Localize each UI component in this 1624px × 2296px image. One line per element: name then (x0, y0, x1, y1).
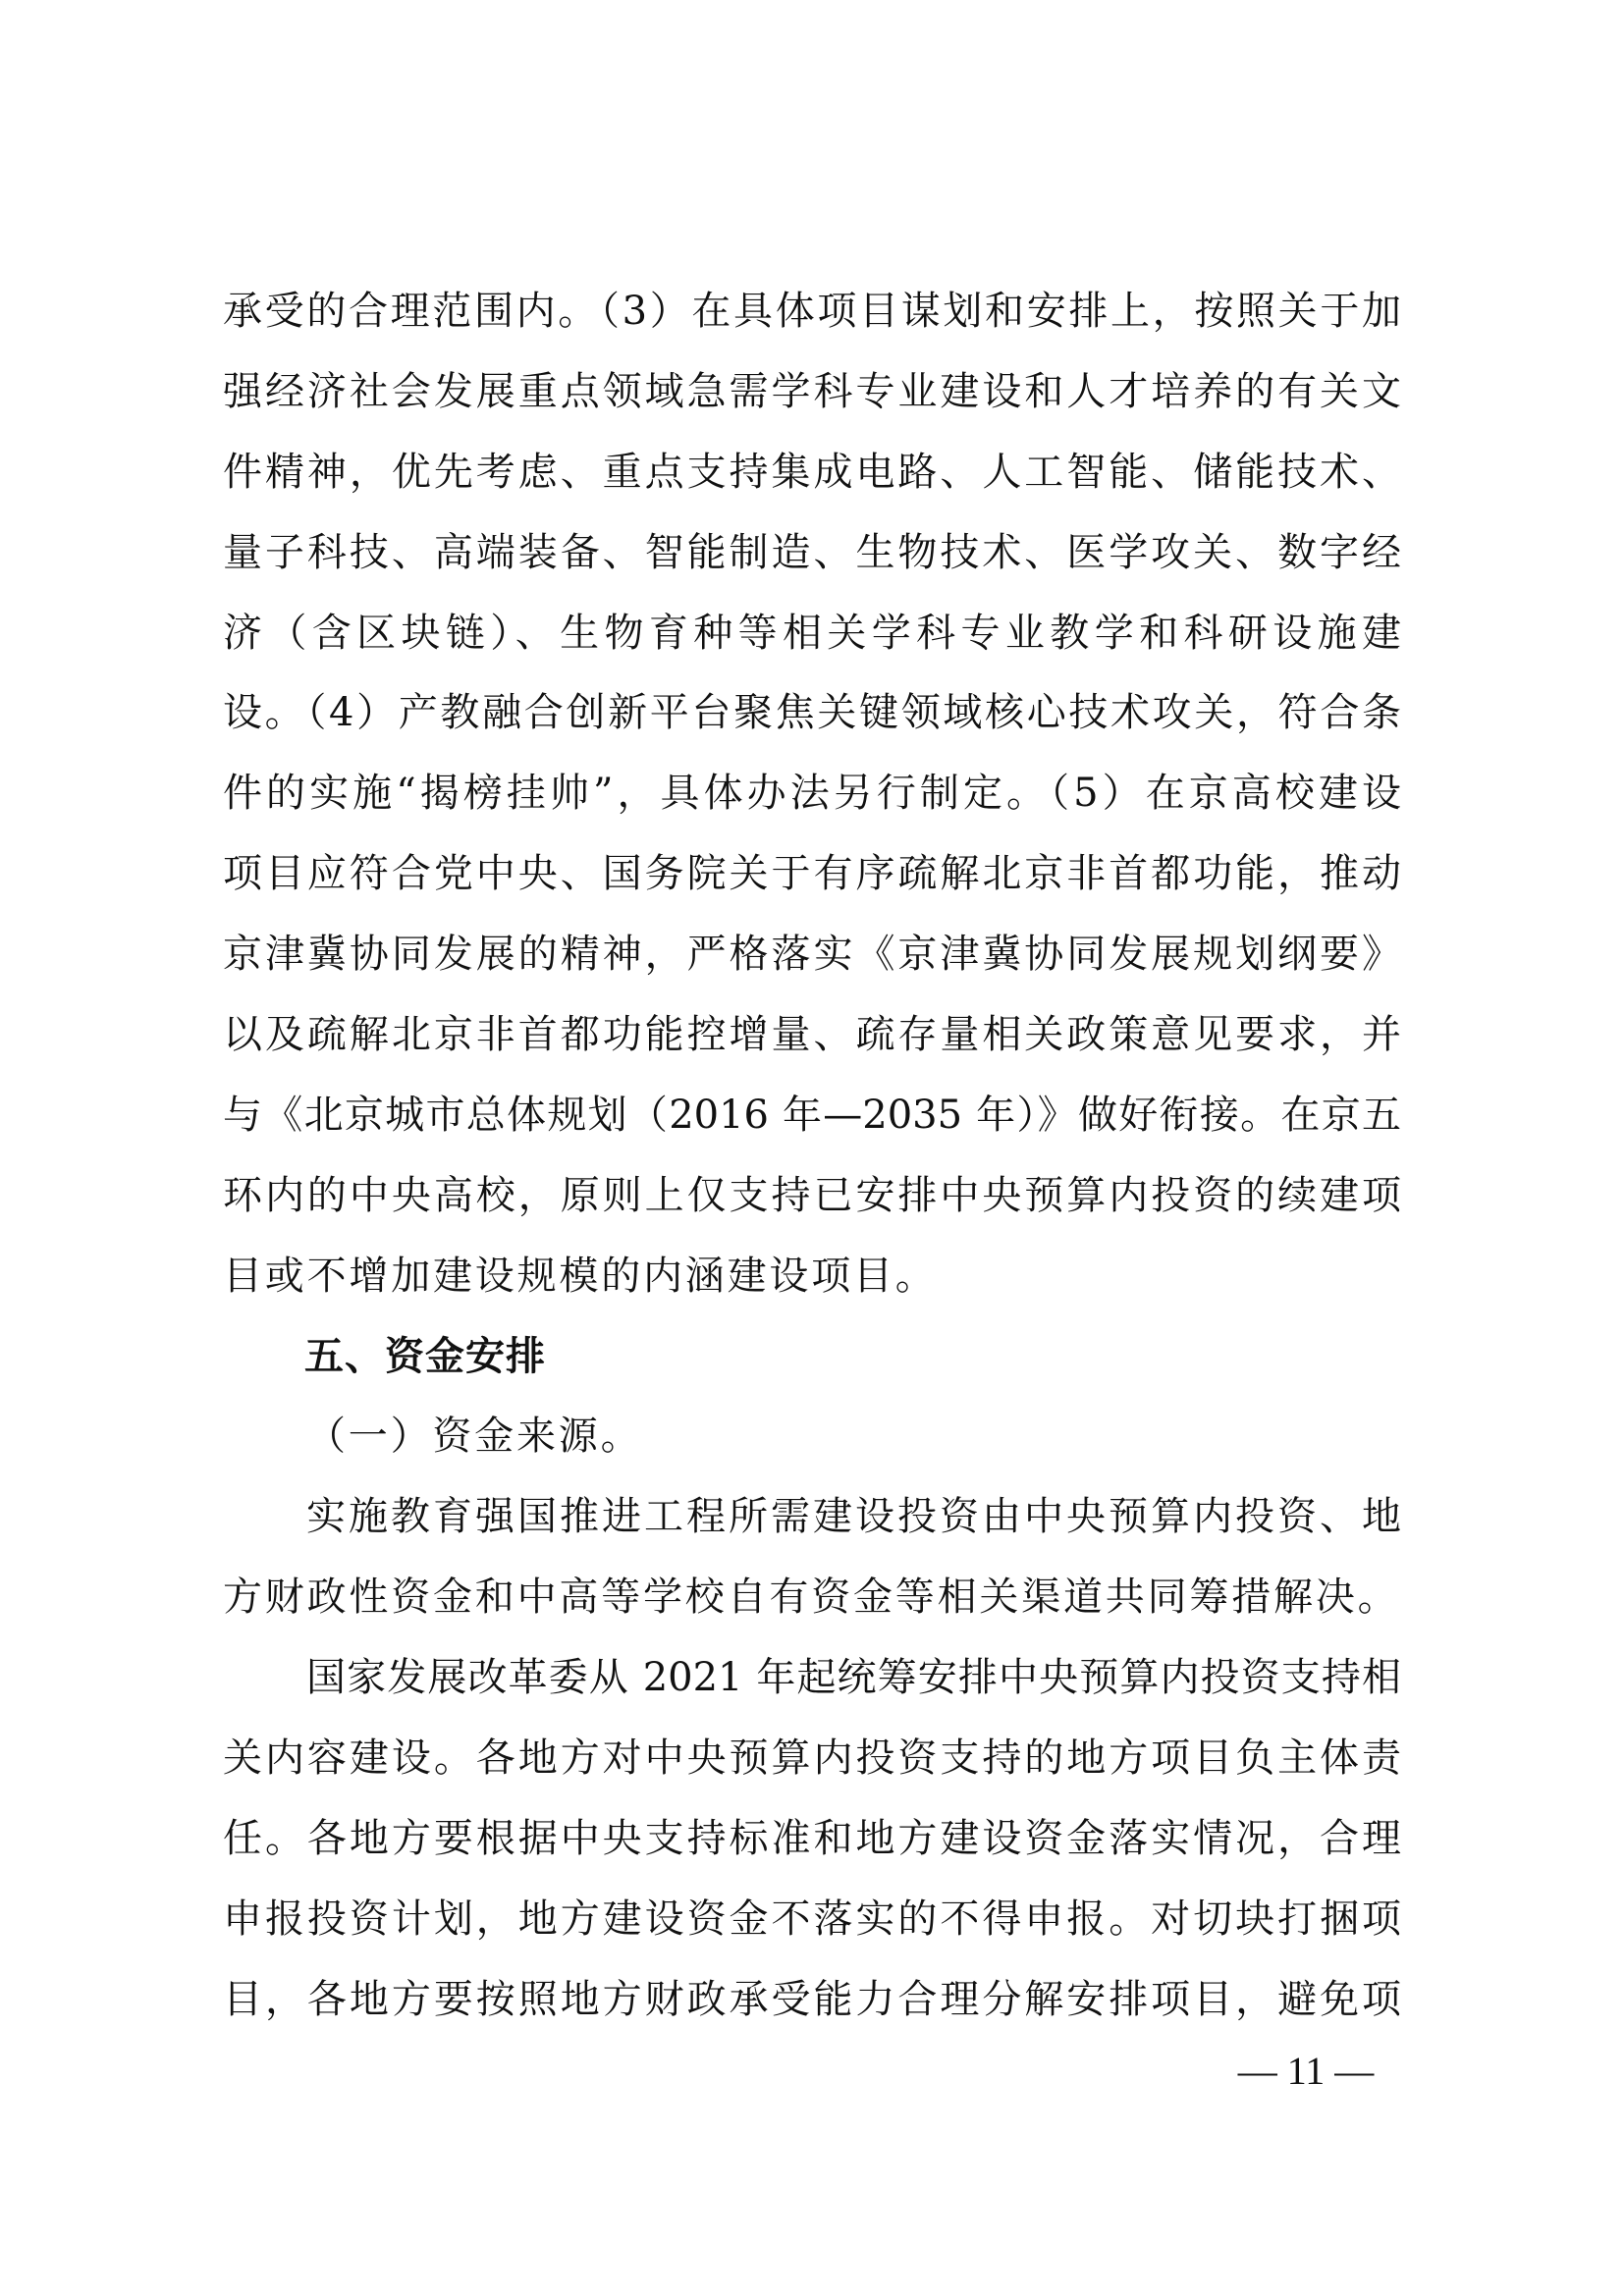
text-line: 申报投资计划，地方建设资金不落实的不得申报。对切块打捆项 (223, 1880, 1401, 1960)
page-number: — 11 — (1227, 2048, 1384, 2095)
text-line: 件的实施“揭榜挂帅”，具体办法另行制定。（5）在京高校建设 (223, 754, 1401, 834)
body-text: 承受的合理范围内。（3）在具体项目谋划和安排上，按照关于加 强经济社会发展重点领… (223, 272, 1401, 2041)
text-line: 强经济社会发展重点领域急需学科专业建设和人才培养的有关文 (223, 352, 1401, 433)
text-line: 目或不增加建设规模的内涵建设项目。 (223, 1237, 1401, 1317)
text-line: 国家发展改革委从 2021 年起统筹安排中央预算内投资支持相 (223, 1638, 1401, 1719)
text-line: 环内的中央高校，原则上仅支持已安排中央预算内投资的续建项 (223, 1156, 1401, 1237)
text-line: 目，各地方要按照地方财政承受能力合理分解安排项目，避免项 (223, 1960, 1401, 2041)
document-page: 承受的合理范围内。（3）在具体项目谋划和安排上，按照关于加 强经济社会发展重点领… (0, 0, 1624, 2296)
subsection-heading: （一）资金来源。 (223, 1397, 1401, 1477)
paragraph-continued: 承受的合理范围内。（3）在具体项目谋划和安排上，按照关于加 强经济社会发展重点领… (223, 272, 1401, 1317)
section-heading: 五、资金安排 (223, 1317, 1401, 1398)
text-line: 实施教育强国推进工程所需建设投资由中央预算内投资、地 (223, 1477, 1401, 1558)
text-line: 件精神，优先考虑、重点支持集成电路、人工智能、储能技术、 (223, 433, 1401, 513)
text-line: 京津冀协同发展的精神，严格落实《京津冀协同发展规划纲要》 (223, 915, 1401, 995)
text-line: 任。各地方要根据中央支持标准和地方建设资金落实情况，合理 (223, 1799, 1401, 1880)
text-line: 承受的合理范围内。（3）在具体项目谋划和安排上，按照关于加 (223, 272, 1401, 352)
text-line: 方财政性资金和中高等学校自有资金等相关渠道共同筹措解决。 (223, 1558, 1401, 1638)
text-line: 设。（4）产教融合创新平台聚焦关键领域核心技术攻关，符合条 (223, 673, 1401, 754)
text-line: 关内容建设。各地方对中央预算内投资支持的地方项目负主体责 (223, 1719, 1401, 1799)
paragraph-funding-sources: 实施教育强国推进工程所需建设投资由中央预算内投资、地 方财政性资金和中高等学校自… (223, 1477, 1401, 1638)
text-line: 量子科技、高端装备、智能制造、生物技术、医学攻关、数字经 (223, 513, 1401, 594)
text-line: 以及疏解北京非首都功能控增量、疏存量相关政策意见要求，并 (223, 995, 1401, 1076)
text-line: 项目应符合党中央、国务院关于有序疏解北京非首都功能，推动 (223, 834, 1401, 915)
text-line: 与《北京城市总体规划（2016 年—2035 年）》做好衔接。在京五 (223, 1076, 1401, 1156)
paragraph-ndrc: 国家发展改革委从 2021 年起统筹安排中央预算内投资支持相 关内容建设。各地方… (223, 1638, 1401, 2040)
text-line: 济（含区块链）、生物育种等相关学科专业教学和科研设施建 (223, 594, 1401, 674)
